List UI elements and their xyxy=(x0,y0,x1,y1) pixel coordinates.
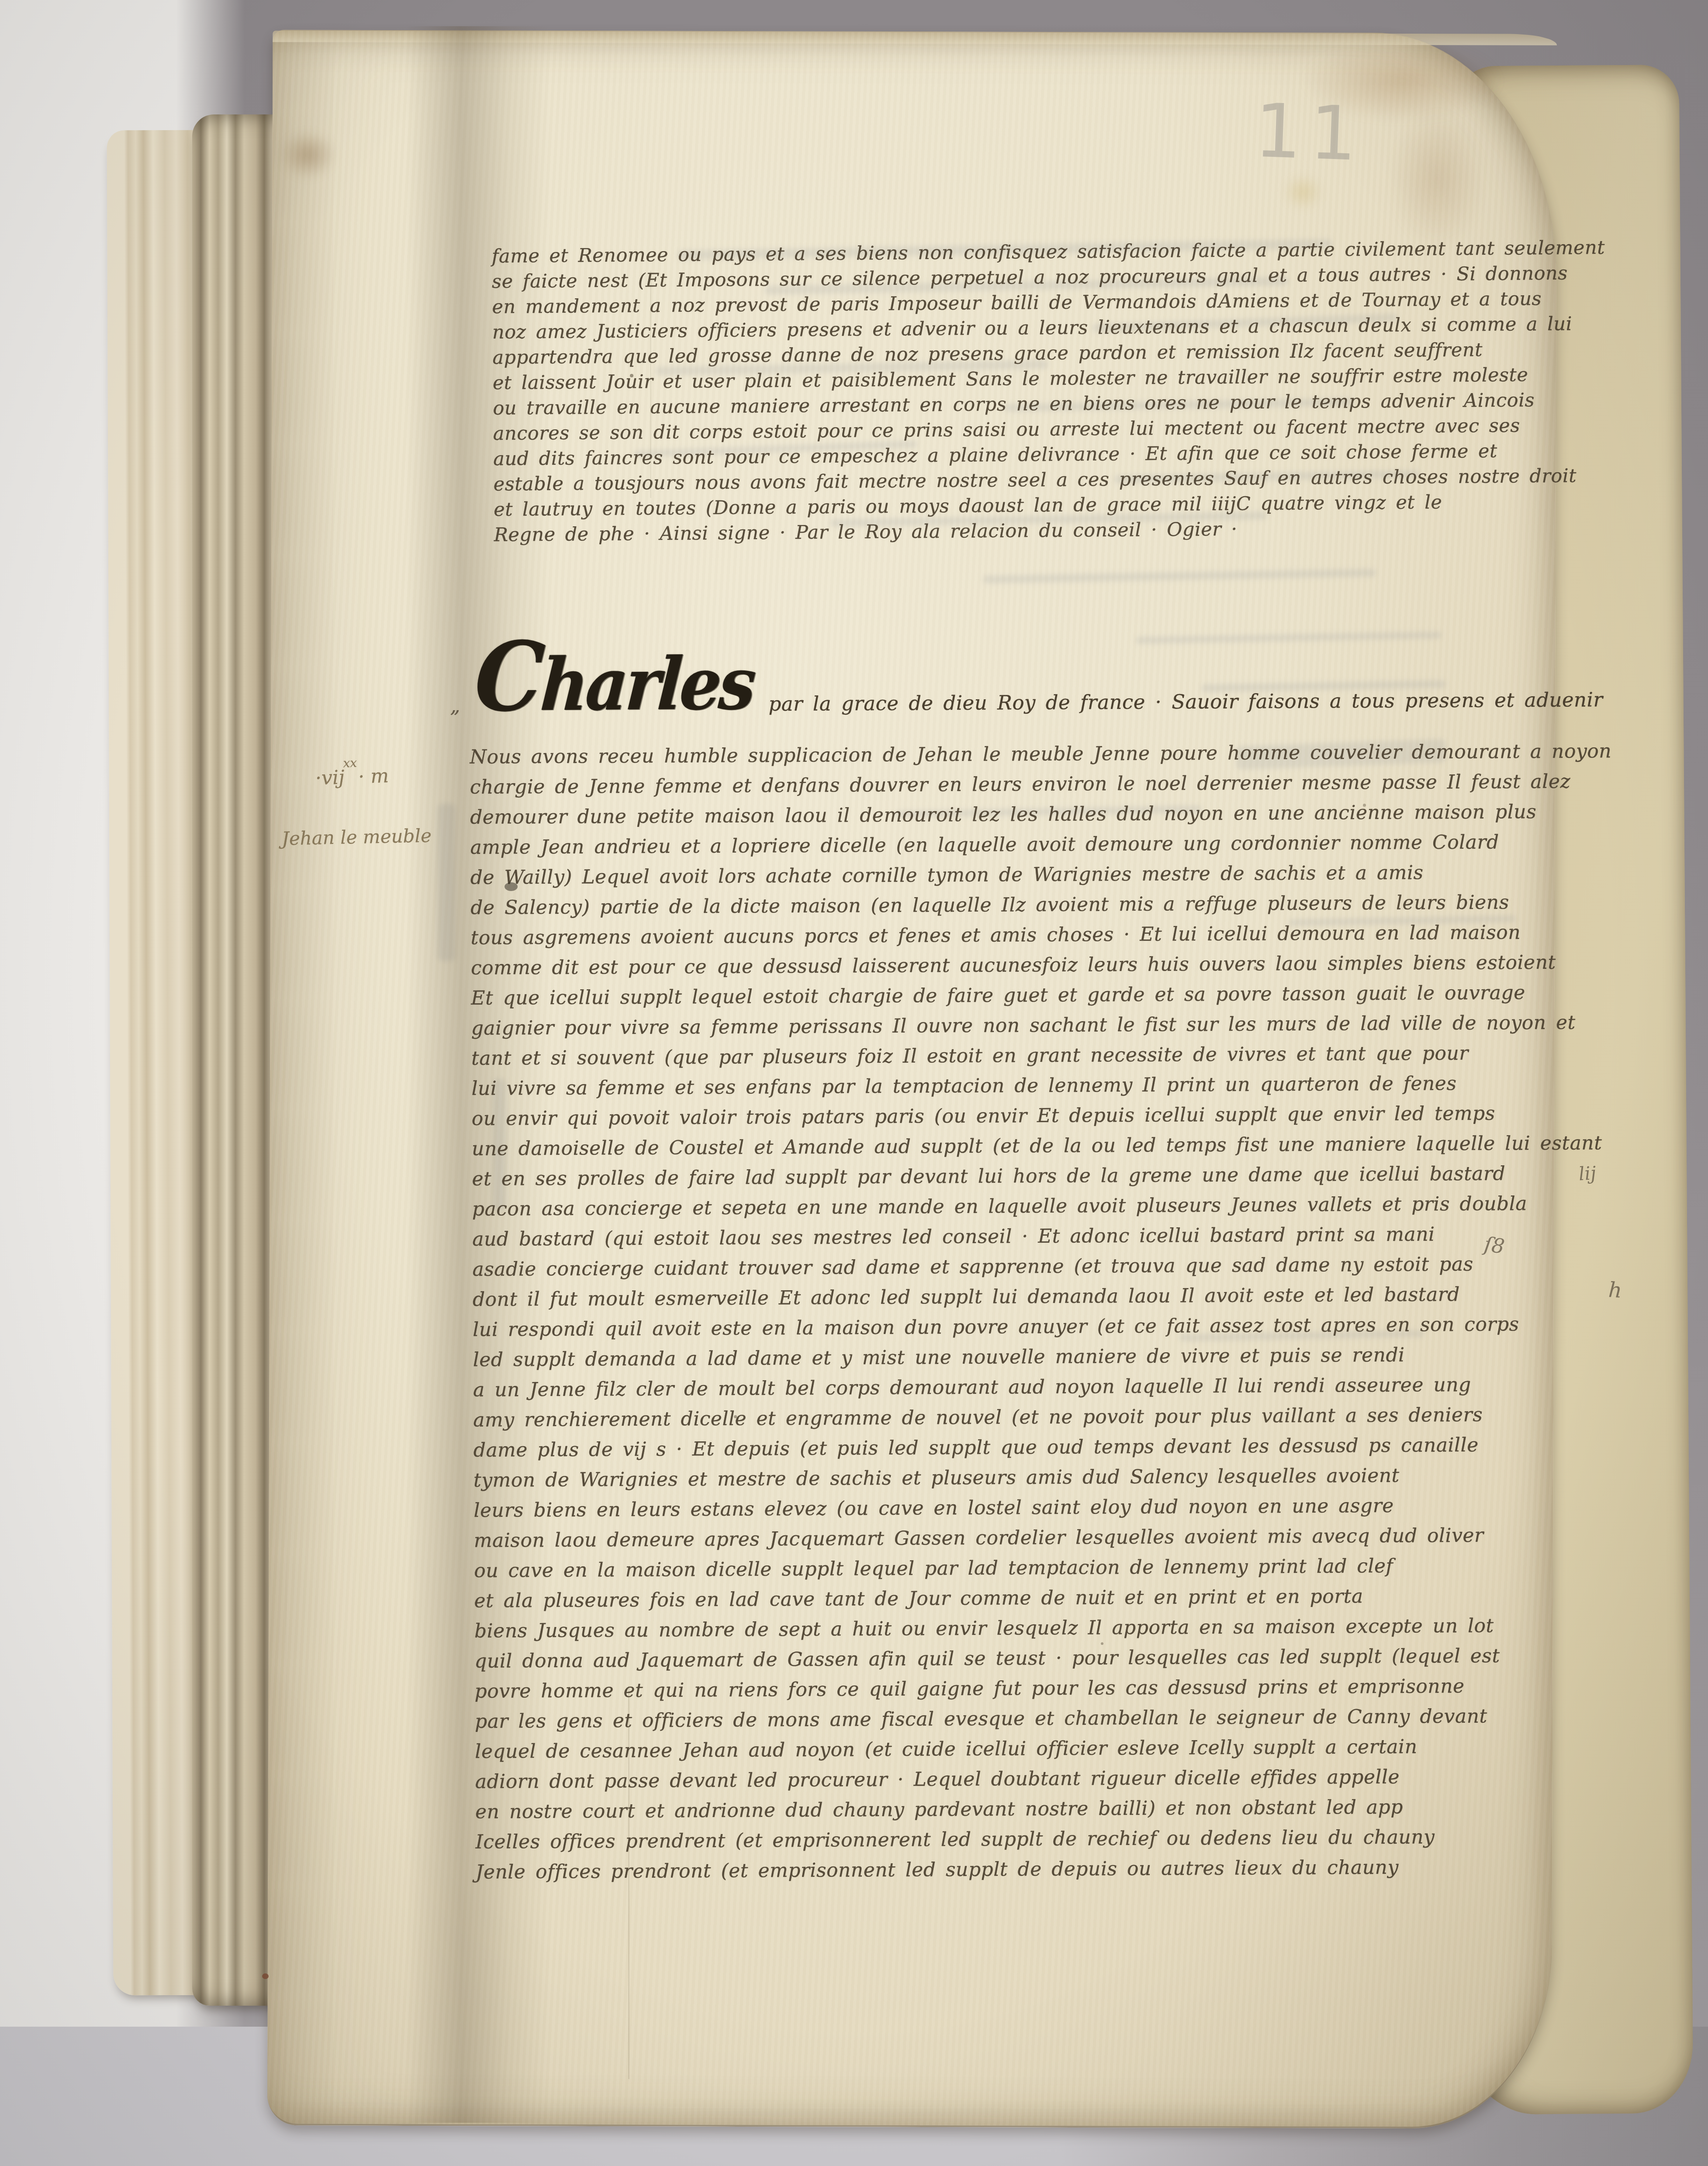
manuscript-photograph: 11 fame et Renomee ou pays et a ses bien… xyxy=(0,0,1708,2166)
amount-suffix: · m xyxy=(358,765,389,788)
margin-note-name: Jehan le meuble xyxy=(282,825,432,849)
amount-base: ·vij xyxy=(315,766,345,789)
manuscript-text-line: Jenle offices prendront (et emprisonnent… xyxy=(476,1851,1618,1887)
next-leaf-ink-mark: ſ8 xyxy=(1483,1232,1506,1258)
decorated-initial: Charles xyxy=(472,619,757,733)
charter-heading: „ Charles par la grace de dieu Roy de fr… xyxy=(449,625,1603,733)
next-leaf-ink-mark: lij xyxy=(1578,1162,1597,1185)
margin-note-amount: ·vijxx· m xyxy=(315,764,389,789)
next-leaf-ink-mark: h xyxy=(1608,1278,1623,1303)
charter-body: Nous avons receu humble supplicacion de … xyxy=(470,736,1617,1887)
heading-text: par la grace de dieu Roy de france · Sau… xyxy=(768,688,1603,715)
amount-superscript: xx xyxy=(343,756,357,770)
folio-number: 11 xyxy=(1253,88,1366,178)
paragraph-mark: „ xyxy=(450,695,460,717)
closing-paragraph: fame et Renomee ou pays et a ses biens n… xyxy=(491,235,1607,548)
